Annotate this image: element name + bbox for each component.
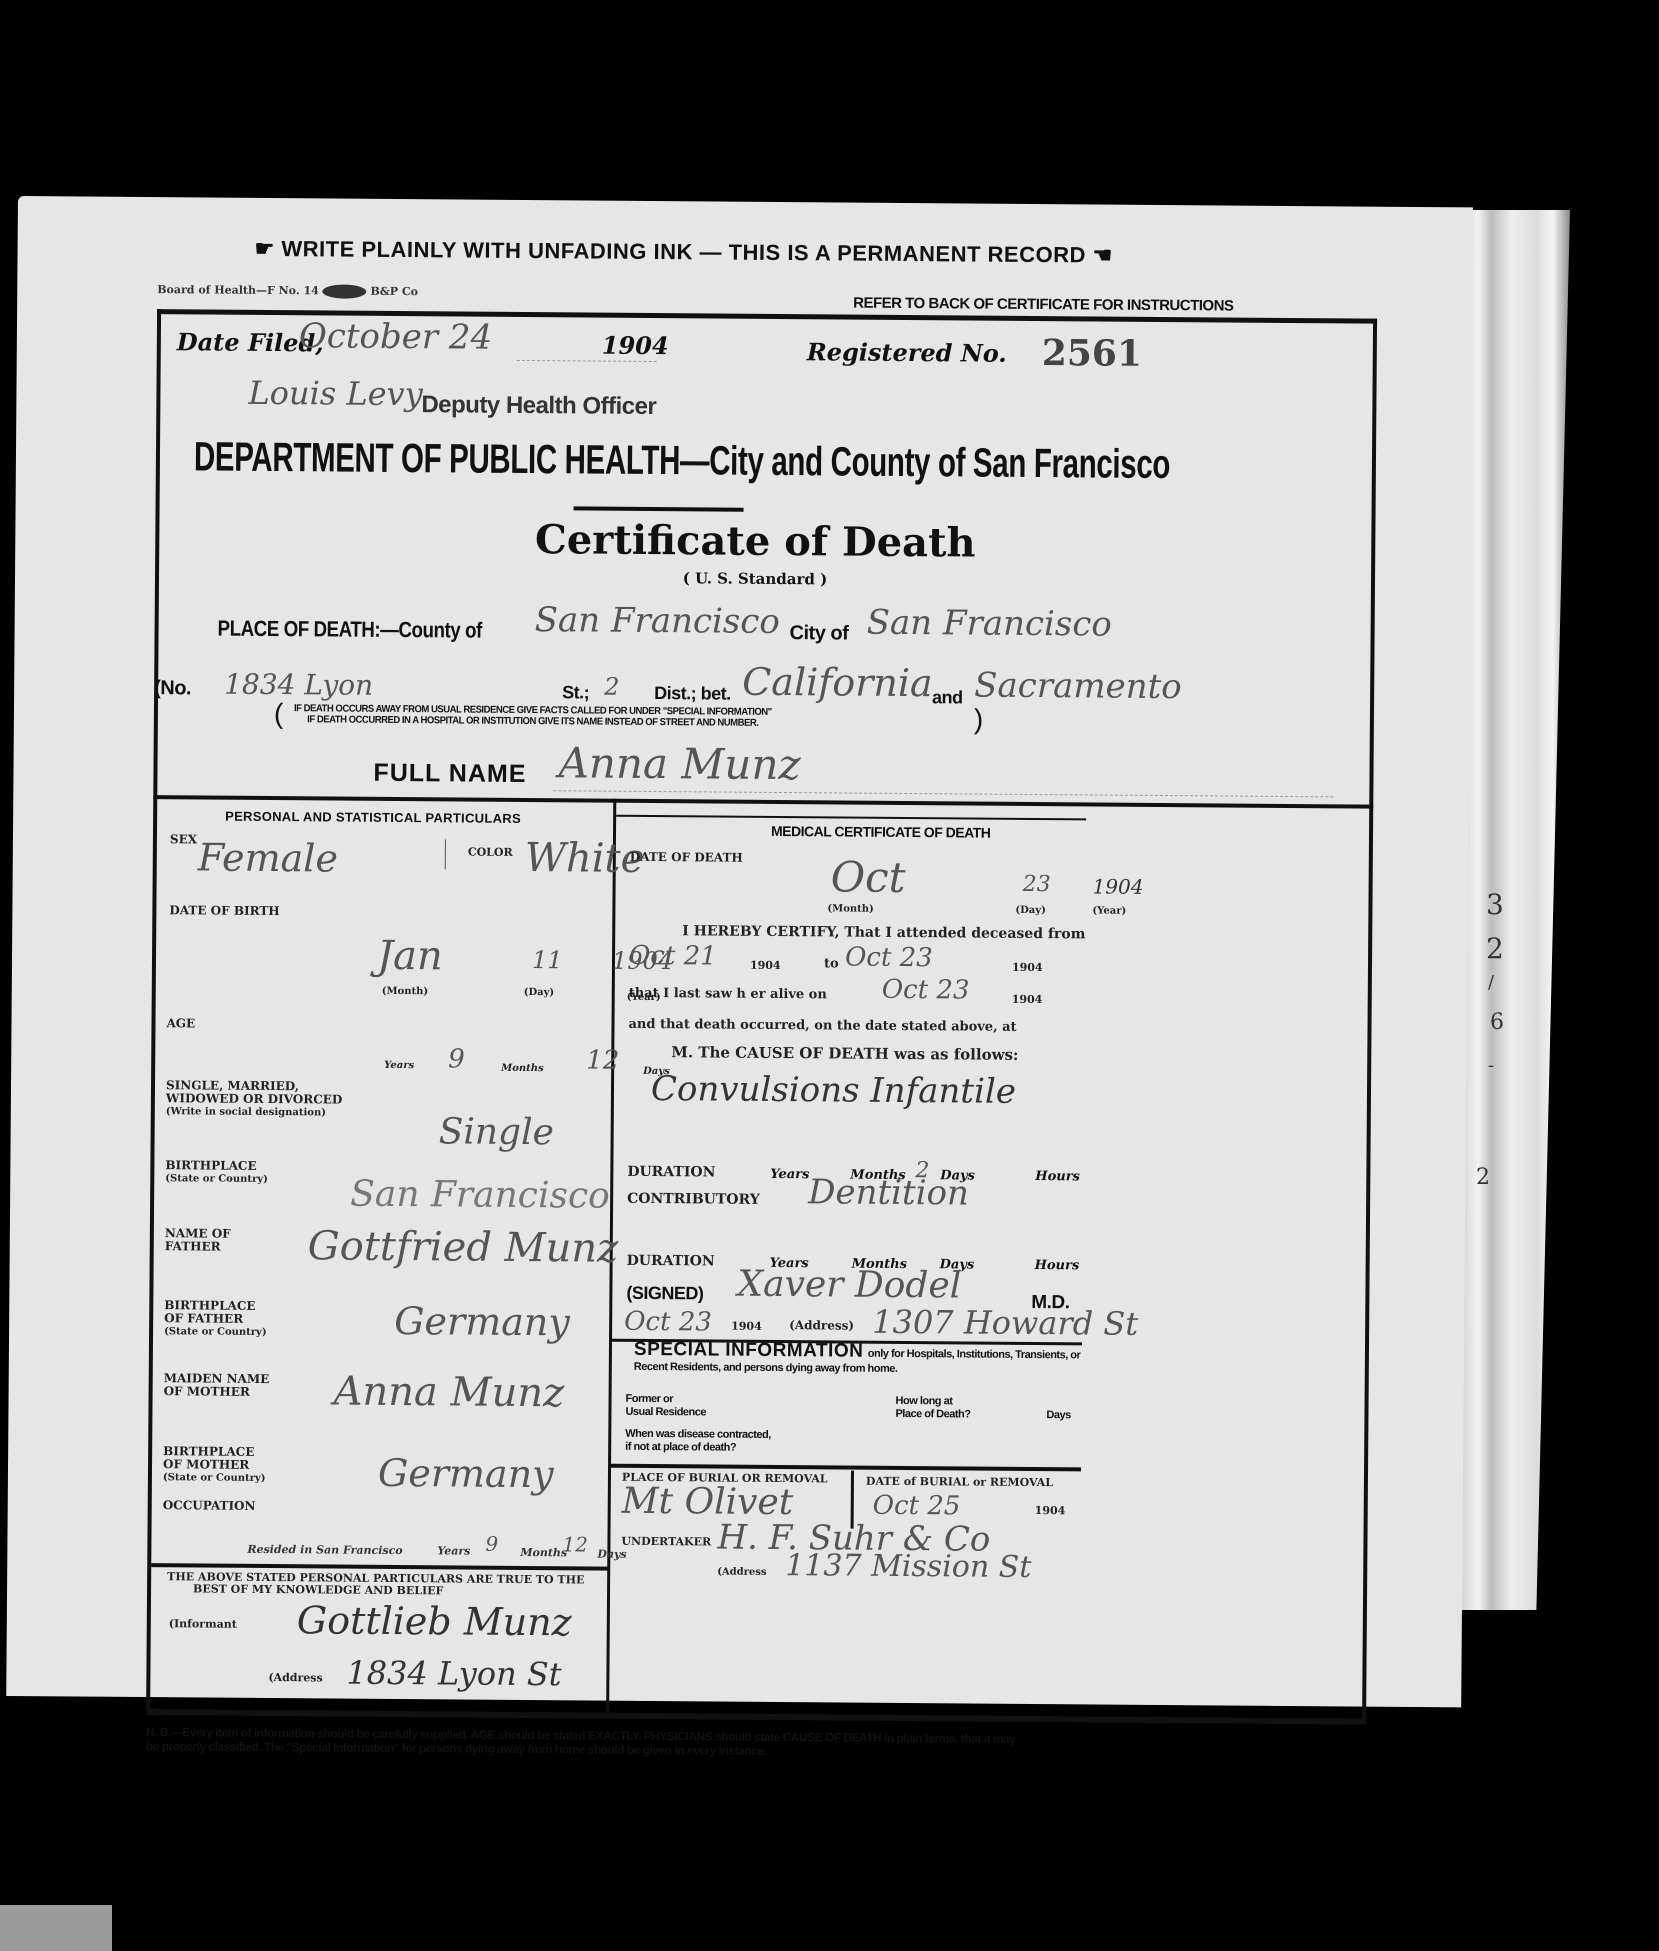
- undertaker-label: UNDERTAKER: [621, 1535, 711, 1549]
- personal-heading: PERSONAL AND STATISTICAL PARTICULARS: [225, 809, 521, 826]
- dist-label: Dist.; bet.: [654, 683, 731, 705]
- officer-title: Deputy Health Officer: [421, 391, 656, 421]
- signed-year: 1904: [731, 1320, 762, 1333]
- registered-no: 2561: [1042, 332, 1143, 375]
- adjacent-page-edges: 3 2 / 6 - 2: [1458, 210, 1570, 1610]
- resided-months: 9: [485, 1532, 498, 1556]
- edge-mark: 2: [1476, 1165, 1490, 1190]
- informant-address-value: 1834 Lyon St: [346, 1654, 561, 1694]
- attestation: THE ABOVE STATED PERSONAL PARTICULARS AR…: [167, 1571, 584, 1598]
- dod-day: 23: [1023, 872, 1051, 897]
- cause-value: Convulsions Infantile: [651, 1069, 1016, 1112]
- contributory-value: Dentition: [808, 1172, 969, 1213]
- department-title: DEPARTMENT OF PUBLIC HEALTH—City and Cou…: [194, 433, 1170, 488]
- medical-heading: MEDICAL CERTIFICATE OF DEATH: [771, 823, 990, 841]
- last-saw-year: 1904: [1012, 993, 1043, 1006]
- resided-years-label: Years: [437, 1544, 470, 1557]
- edge-mark: 2: [1486, 932, 1504, 965]
- how-long-label: How long at Place of Death?: [895, 1395, 970, 1422]
- color-label: COLOR: [468, 846, 513, 859]
- duration2-label: DURATION: [627, 1255, 715, 1269]
- union-label-icon: [323, 284, 367, 298]
- to-label: to: [824, 957, 839, 970]
- physician-signature: Xaver Dodel: [737, 1264, 961, 1307]
- dod-day-caption: (Day): [1015, 904, 1046, 917]
- undertaker-address-value: 1137 Mission St: [785, 1548, 1031, 1585]
- frame-bottom: [146, 1709, 1366, 1725]
- age-days: 12: [586, 1045, 619, 1075]
- date-filed-value: October 24: [299, 316, 493, 358]
- duration-label: DURATION: [627, 1166, 715, 1180]
- scan-background: [0, 1790, 1659, 1951]
- city-label: City of: [789, 622, 848, 645]
- resided-days-label: Days: [597, 1548, 626, 1561]
- death-certificate: ☛ WRITE PLAINLY WITH UNFADING INK — THIS…: [6, 196, 1473, 1707]
- dod-year: 1904: [1093, 874, 1144, 898]
- marital-label: SINGLE, MARRIED, WIDOWED OR DIVORCED (Wr…: [166, 1079, 343, 1119]
- age-label: AGE: [166, 1017, 195, 1030]
- marital-value: Single: [439, 1111, 555, 1153]
- birthplace-label: BIRTHPLACE (State or Country): [165, 1159, 268, 1186]
- dod-label: DATE OF DEATH: [630, 851, 743, 865]
- footnote: N. B.—Every item of information should b…: [146, 1725, 1016, 1760]
- attended-to-year: 1904: [1012, 961, 1043, 974]
- age-months: 9: [448, 1044, 465, 1074]
- mother-label: MAIDEN NAME OF MOTHER: [164, 1372, 270, 1399]
- and-label: and: [932, 687, 963, 708]
- signed-label: (SIGNED): [626, 1283, 703, 1305]
- attended-from: Oct 21: [629, 941, 717, 972]
- full-name-label: FULL NAME: [373, 759, 526, 789]
- informant-address-label: (Address: [268, 1671, 322, 1684]
- month-caption: (Month): [382, 985, 428, 998]
- hours-label: Hours: [1035, 1169, 1080, 1184]
- edge-mark: -: [1488, 1055, 1494, 1076]
- last-saw-label: that I last saw h er alive on: [629, 987, 827, 1002]
- father-birthplace-value: Germany: [394, 1299, 570, 1344]
- between-street-1: California: [742, 660, 933, 705]
- registered-no-label: Registered No.: [807, 337, 1007, 368]
- county-value: San Francisco: [535, 600, 780, 642]
- physician-address-label: (Address): [789, 1319, 854, 1333]
- former-residence-label: Former or Usual Residence: [625, 1393, 706, 1420]
- street-no-label: (No.: [154, 677, 191, 700]
- place-note: IF DEATH OCCURS AWAY FROM USUAL RESIDENC…: [294, 703, 772, 729]
- dod-month-caption: (Month): [827, 902, 873, 915]
- form-number: Board of Health—F No. 14 B&P Co: [157, 283, 418, 299]
- how-long-days-label: Days: [1046, 1409, 1070, 1421]
- dod-year-caption: (Year): [1092, 904, 1126, 917]
- physician-address-value: 1307 Howard St: [872, 1303, 1138, 1343]
- dod-month: Oct: [830, 852, 905, 902]
- birthplace-value: San Francisco: [350, 1174, 610, 1217]
- burial-date-label: DATE of BURIAL or REMOVAL: [866, 1475, 1053, 1489]
- contracted-label: When was disease contracted, if not at p…: [625, 1428, 771, 1455]
- informant-label: (Informant: [169, 1617, 237, 1631]
- signed-date: Oct 23: [624, 1307, 712, 1338]
- title-divider: [574, 506, 744, 511]
- city-value: San Francisco: [867, 603, 1112, 645]
- attended-from-year: 1904: [750, 959, 781, 972]
- underlying-sheet: [0, 1905, 112, 1951]
- father-value: Gottfried Munz: [308, 1223, 619, 1271]
- edge-mark: 3: [1486, 888, 1504, 921]
- dob-day: 11: [532, 946, 563, 974]
- mother-birthplace-label: BIRTHPLACE OF MOTHER (State or Country): [163, 1445, 266, 1485]
- color-value: White: [525, 835, 645, 882]
- burial-place-value: Mt Olivet: [622, 1481, 794, 1523]
- undertaker-address-label: (Address: [717, 1566, 766, 1579]
- special-info-heading: SPECIAL INFORMATION only for Hospitals, …: [634, 1343, 1084, 1378]
- sex-value: Female: [198, 835, 338, 880]
- resided-days: 12: [562, 1532, 588, 1556]
- cause-label: M. The CAUSE OF DEATH was as follows:: [671, 1046, 1018, 1062]
- dist-value: 2: [604, 673, 620, 701]
- edge-mark: 6: [1490, 1010, 1504, 1035]
- father-birthplace-label: BIRTHPLACE OF FATHER (State or Country): [164, 1299, 267, 1339]
- occurred-text: and that death occurred, on the date sta…: [628, 1018, 1016, 1034]
- attended-to: Oct 23: [845, 943, 933, 974]
- banner: ☛ WRITE PLAINLY WITH UNFADING INK — THIS…: [254, 236, 1112, 269]
- last-saw-value: Oct 23: [882, 975, 970, 1006]
- father-label: NAME OF FATHER: [165, 1227, 231, 1254]
- age-years-label: Years: [384, 1059, 414, 1072]
- instructions-note: REFER TO BACK OF CERTIFICATE FOR INSTRUC…: [853, 295, 1233, 315]
- officer-signature: Louis Levy: [248, 374, 423, 413]
- pointing-hand-icon: ☚: [1086, 242, 1113, 267]
- years-label: Years: [770, 1167, 809, 1182]
- mother-birthplace-value: Germany: [378, 1451, 554, 1496]
- st-label: St.;: [562, 682, 589, 703]
- pointing-hand-icon: ☛: [254, 236, 281, 261]
- date-filed-year: 1904: [602, 331, 669, 361]
- hours-label-2: Hours: [1035, 1258, 1080, 1273]
- section-divider: [153, 795, 1373, 809]
- dob-month: Jan: [377, 933, 443, 980]
- informant-value: Gottlieb Munz: [297, 1598, 572, 1644]
- burial-date-value: Oct 25: [873, 1491, 961, 1522]
- place-of-death-label: PLACE OF DEATH:—County of: [218, 616, 483, 644]
- dob-label: DATE OF BIRTH: [169, 904, 279, 918]
- street-no-value: 1834 Lyon: [224, 668, 373, 702]
- contributory-label: CONTRIBUTORY: [627, 1193, 760, 1207]
- age-months-label: Months: [501, 1062, 544, 1075]
- certificate-title: Certificate of Death: [15, 512, 1495, 571]
- burial-year: 1904: [1035, 1504, 1066, 1517]
- certify-text: I HEREBY CERTIFY, That I attended deceas…: [682, 925, 1085, 941]
- edge-mark: /: [1488, 972, 1494, 993]
- day-caption: (Day): [524, 986, 555, 999]
- resided-label: Resided in San Francisco: [247, 1543, 402, 1557]
- between-street-2: Sacramento: [974, 666, 1182, 708]
- occupation-label: OCCUPATION: [163, 1499, 256, 1513]
- full-name-value: Anna Munz: [558, 738, 800, 789]
- resided-months-label: Months: [520, 1546, 567, 1559]
- mother-value: Anna Munz: [333, 1369, 564, 1417]
- sex-label: SEX: [170, 833, 197, 846]
